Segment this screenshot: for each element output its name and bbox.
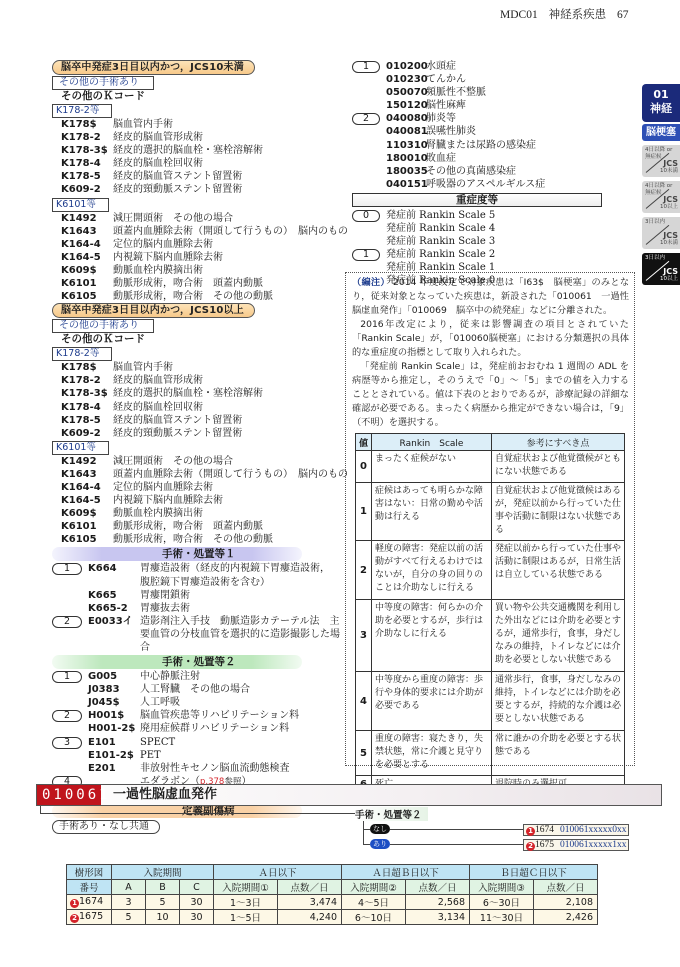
scale-value: 2 (356, 541, 372, 600)
procedure-code: K164-4 (61, 481, 113, 494)
table-row: 0まったく症候がない自覚症状および他覚徴候がともにない状態である (356, 451, 625, 483)
procedure-code: K1492 (61, 455, 113, 468)
code-row: K609-2経皮的頸動脈ステント留置術 (52, 183, 342, 196)
table-row: 3中等度の障害：何らかの介助を必要とするが，歩行は介助なしに行える買い物や公共交… (356, 600, 625, 672)
scale-ref: 自覚症状および他覚徴候がともにない状態である (492, 451, 625, 483)
procedure-code: K609-2 (61, 427, 113, 440)
code-row: K1492減圧開頭術 その他の場合 (52, 212, 342, 225)
procedure-desc: 頭蓋内血腫除去術（開頭して行うもの） 脳内のもの (113, 225, 348, 238)
procedure-row: E201非放射性キセノン脳血流動態検査 (52, 762, 342, 775)
surgery-label: その他の手術あり (52, 319, 154, 333)
comorbid-row: 150120脳性麻痺 (352, 99, 622, 112)
disease-code: 010230 (386, 73, 426, 86)
procedure-code: K178-5 (61, 414, 113, 427)
procedure-desc: 動脈形成術，吻合術 頭蓋内動脈 (113, 520, 263, 533)
note-paragraph: 2016年改定により，従来は影響調査の項目とされていた「Rankin Scale… (352, 318, 629, 360)
scale-value: 4 (356, 672, 372, 731)
points-2: 2,568 (406, 895, 470, 910)
scale-value: 1 (356, 483, 372, 541)
procedure-code: K178-2 (61, 374, 113, 387)
disease-name: てんかん (426, 73, 466, 86)
procedure-desc: 経皮的脳血管形成術 (113, 131, 203, 144)
option-badge: 1 (352, 61, 380, 73)
kcode-heading: その他のＫコード (52, 333, 342, 346)
procedure-desc: 動脈形成術，吻合術 その他の動脈 (113, 533, 273, 546)
mdc-code: MDC01 (500, 9, 538, 21)
scale-ref: 常に誰かの介助を必要とする状態である (492, 731, 625, 776)
scale-desc: 重度の障害：寝たきり，失禁状態，常に介護と見守りを必要とする (372, 731, 492, 776)
procedure-desc: SPECT (140, 736, 175, 749)
severity-desc: 発症前 Rankin Scale 3 (386, 235, 495, 248)
code-row: K609-2経皮的頸動脈ステント留置術 (52, 427, 342, 440)
procedure-desc: 経皮的脳血管ステント留置術 (113, 414, 242, 427)
procedure-desc: 脳血管疾患等リハビリテーション料 (140, 709, 299, 722)
procedure-code: K1492 (61, 212, 113, 225)
dpc-title-bar: 010061 一過性脳虚血発作 (36, 784, 662, 806)
code-row: K178-2経皮的脳血管形成術 (52, 131, 342, 144)
procedure-code: E101-2$ (88, 749, 140, 762)
severity-heading: 重症度等 (352, 193, 602, 207)
tree-number-icon: 1 (70, 899, 79, 908)
procedure-desc: 内視鏡下脳内血腫除去術 (113, 251, 223, 264)
disease-name: 頻脈性不整脈 (426, 86, 486, 99)
code-row: K178$脳血管内手術 (52, 118, 342, 131)
dpc-full-code: 010061xxxxx1xx (560, 840, 627, 850)
procedure-code: J0383 (88, 683, 140, 696)
procedure-desc: 胃瘻造設術（経皮的内視鏡下胃瘻造設術，腹腔鏡下胃瘻造設術を含む） (140, 562, 330, 588)
column-header: 点数／日 (278, 880, 342, 895)
procedure-desc: 動脈形成術，吻合術 頭蓋内動脈 (113, 277, 263, 290)
code-row: K1492減圧開頭術 その他の場合 (52, 455, 342, 468)
kcode-heading: その他のＫコード (52, 90, 342, 103)
disease-tab[interactable]: 脳梗塞 (642, 124, 680, 141)
tree-branch-label: 手術・処置等２ (355, 807, 428, 821)
procedures2-heading: 手術・処置等２ (52, 655, 302, 669)
chapter-tab[interactable]: 01 神経 (642, 84, 680, 122)
points-3: 2,426 (534, 910, 598, 925)
comorbid-row: 1010200水頭症 (352, 60, 622, 73)
procedure-desc: 中心静脈注射 (140, 670, 200, 683)
note-label: （編注） (352, 277, 390, 288)
procedure-desc: 動脈形成術，吻合術 その他の動脈 (113, 290, 273, 303)
procedure-code: K164-5 (61, 494, 113, 507)
tab-bottom-label: JCS10未満 (660, 160, 678, 175)
column-header: Ｂ日超Ｃ日以下 (470, 865, 598, 880)
disease-code: 050070 (386, 86, 426, 99)
tab-top-label: 3日以内 (645, 255, 675, 262)
procedure-desc: 頭蓋内血腫除去術（開頭して行うもの） 脳内のもの (113, 468, 348, 481)
condition-pill: 脳卒中発症3日目以内かつ，JCS10未満 (52, 60, 255, 75)
scale-ref: 自覚症状および他覚徴候はあるが，発症以前から行っていた仕事や活動に制限はない状態… (492, 483, 625, 541)
jcs-tab-4days-over10[interactable]: 4日以降 or 無症候 JCS10以上 (642, 181, 680, 213)
procedure-row: J0383人工腎臓 その他の場合 (52, 683, 342, 696)
option-badge: 1 (52, 563, 82, 575)
procedure-desc: 人工腎臓 その他の場合 (140, 683, 250, 696)
procedure-desc: 減圧開頭術 その他の場合 (113, 455, 233, 468)
code-group-label: K178-2等 (52, 347, 112, 361)
procedure-row: 2H001$脳血管疾患等リハビリテーション料 (52, 709, 342, 722)
scale-ref: 通常歩行，食事，身だしなみの維持，トイレなどには介助を必要とするが，持続的な介護… (492, 672, 625, 731)
code-group-label: K6101等 (52, 198, 109, 212)
code-list: K1492減圧開頭術 その他の場合 K1643頭蓋内血腫除去術（開頭して行うもの… (52, 455, 342, 547)
chapter-number: 01 (642, 88, 680, 102)
procedure-code: K665 (88, 589, 140, 602)
code-row: K609$動脈血栓内膜摘出術 (52, 507, 342, 520)
procedure-code: K178$ (61, 118, 113, 131)
procedure-code: E0033イ (88, 615, 140, 654)
comorbid-row: 180010敗血症 (352, 152, 622, 165)
column-header: Ａ日以下 (214, 865, 342, 880)
page-header: MDC01 神経系疾患 67 (500, 6, 636, 22)
mdc-category: 神経系疾患 (549, 9, 607, 21)
severity-row: 発症前 Rankin Scale 4 (352, 222, 622, 235)
procedure-code: E201 (88, 762, 140, 775)
comorbid-row: 010230てんかん (352, 73, 622, 86)
chapter-name: 神経 (642, 102, 680, 116)
procedure-desc: 内視鏡下脳内血腫除去術 (113, 494, 223, 507)
procedure-desc: 経皮的脳血栓回収術 (113, 157, 203, 170)
code-row: K6105動脈形成術，吻合術 その他の動脈 (52, 290, 342, 303)
column-header: B (146, 880, 180, 895)
column-header: 点数／日 (406, 880, 470, 895)
tree-result-box: 11674010061xxxxx0xx (523, 824, 629, 836)
period-c: 30 (180, 895, 214, 910)
code-row: K6105動脈形成術，吻合術 その他の動脈 (52, 533, 342, 546)
procedure-code: K1643 (61, 468, 113, 481)
tree-number-cell: 21675 (67, 910, 112, 925)
code-row: K178-4経皮的脳血栓回収術 (52, 401, 342, 414)
procedure-row: K665胃瘻閉鎖術 (52, 589, 342, 602)
period-2: 4～5日 (342, 895, 406, 910)
disease-name: 腎臓または尿路の感染症 (426, 139, 536, 152)
procedure-row: 1K664胃瘻造設術（経皮的内視鏡下胃瘻造設術，腹腔鏡下胃瘻造設術を含む） (52, 562, 342, 588)
column-header: 値 (356, 434, 372, 451)
severity-desc: 発症前 Rankin Scale 2 (386, 248, 495, 261)
disease-code: 010200 (386, 60, 426, 73)
disease-code: 150120 (386, 99, 426, 112)
scale-ref: 発症以前から行っていた仕事や活動に制限はあるが，日常生活は自立している状態である (492, 541, 625, 600)
procedure-desc: 動脈血栓内膜摘出術 (113, 507, 203, 520)
procedure-row: 3E101SPECT (52, 736, 342, 749)
points-2: 3,134 (406, 910, 470, 925)
column-header: 入院期間③ (470, 880, 534, 895)
procedure-code: K664 (88, 562, 140, 588)
procedure-row: 1G005中心静脈注射 (52, 670, 342, 683)
option-badge: 2 (352, 113, 380, 125)
disease-name: 誤嚥性肺炎 (426, 125, 476, 138)
table-subheader-row: 番号 A B C 入院期間① 点数／日 入院期間② 点数／日 入院期間③ 点数／… (67, 880, 598, 895)
procedure-desc: 脳血管内手術 (113, 118, 173, 131)
code-row: K6101動脈形成術，吻合術 頭蓋内動脈 (52, 277, 342, 290)
column-header: 参考にすべき点 (492, 434, 625, 451)
common-pill: 手術あり・なし共通 (52, 820, 160, 834)
points-1: 3,474 (278, 895, 342, 910)
code-row: K178-2経皮的脳血管形成術 (52, 374, 342, 387)
points-table: 樹形図 入院期間 Ａ日以下 Ａ日超Ｂ日以下 Ｂ日超Ｃ日以下 番号 A B C 入… (66, 864, 598, 925)
period-2: 6～10日 (342, 910, 406, 925)
branch-pill-yes: あり (370, 839, 390, 849)
tree-result-box: 21675010061xxxxx1xx (523, 839, 629, 851)
tab-bottom-label: JCS10以上 (660, 268, 678, 283)
column-header: Ａ日超Ｂ日以下 (342, 865, 470, 880)
procedure-desc: 経皮的脳血管ステント留置術 (113, 170, 242, 183)
note-paragraph: 「発症前 Rankin Scale」は，発症前おおむね 1 週間の ADL を病… (352, 360, 629, 430)
option-badge: 1 (52, 671, 82, 683)
right-column: 1010200水頭症 010230てんかん 050070頻脈性不整脈 15012… (352, 60, 622, 288)
disease-name: 肺炎等 (426, 112, 456, 125)
dpc-name: 一過性脳虚血発作 (101, 785, 217, 805)
tab-top-label: 3日以内 (645, 219, 675, 226)
code-row: K164-4定位的脳内血腫除去術 (52, 481, 342, 494)
code-row: K178$脳血管内手術 (52, 361, 342, 374)
procedure-desc: 定位的脳内血腫除去術 (113, 481, 213, 494)
points-1: 4,240 (278, 910, 342, 925)
procedure-desc: 経皮的頸動脈ステント留置術 (113, 427, 242, 440)
tree-number-icon: 2 (70, 914, 79, 923)
option-badge: 0 (352, 210, 380, 222)
procedure-code: K178-4 (61, 157, 113, 170)
procedure-code: G005 (88, 670, 140, 683)
period-a: 3 (112, 895, 146, 910)
procedure-desc: 脳血管内手術 (113, 361, 173, 374)
procedure-desc: 経皮的脳血栓回収術 (113, 401, 203, 414)
scale-ref: 買い物や公共交通機関を利用した外出などには介助を必要とするが，通常歩行，食事，身… (492, 600, 625, 672)
procedure-row: H001-2$廃用症候群リハビリテーション料 (52, 722, 342, 735)
procedure-code: K609-2 (61, 183, 113, 196)
comorbid-row: 050070頻脈性不整脈 (352, 86, 622, 99)
code-list: K178$脳血管内手術 K178-2経皮的脳血管形成術 K178-3$経皮的選択… (52, 118, 342, 197)
period-b: 5 (146, 895, 180, 910)
procedure-desc: 経皮的脳血管形成術 (113, 374, 203, 387)
code-row: K178-3$経皮的選択的脳血栓・塞栓溶解術 (52, 144, 342, 157)
tree-number-icon: 2 (526, 842, 535, 851)
column-header: A (112, 880, 146, 895)
column-header: 樹形図 (67, 865, 112, 880)
column-header: 入院期間② (342, 880, 406, 895)
tree-id: 1675 (535, 840, 554, 850)
procedure-code: K665-2 (88, 602, 140, 615)
code-row: K164-5内視鏡下脳内血腫除去術 (52, 494, 342, 507)
disease-code: 180010 (386, 152, 426, 165)
code-row: K178-5経皮的脳血管ステント留置術 (52, 170, 342, 183)
severity-row: 0発症前 Rankin Scale 5 (352, 209, 622, 222)
scale-value: 5 (356, 731, 372, 776)
procedure-code: K178-2 (61, 131, 113, 144)
dpc-full-code: 010061xxxxx0xx (560, 825, 627, 835)
table-row: 2軽度の障害：発症以前の活動がすべて行えるわけではないが，自分の身の回りのことは… (356, 541, 625, 600)
procedure-code: K6105 (61, 290, 113, 303)
table-row: 11674 3 5 30 1～3日 3,474 4～5日 2,568 6～30日… (67, 895, 598, 910)
tree-number-icon: 1 (526, 827, 535, 836)
procedure-row: K665-2胃瘻抜去術 (52, 602, 342, 615)
column-header: 点数／日 (534, 880, 598, 895)
procedure-code: K178-3$ (61, 387, 113, 400)
code-group-label: K178-2等 (52, 104, 112, 118)
procedure-desc: 経皮的選択的脳血栓・塞栓溶解術 (113, 144, 263, 157)
severity-desc: 発症前 Rankin Scale 5 (386, 209, 495, 222)
column-header: Rankin Scale (372, 434, 492, 451)
severity-row: 発症前 Rankin Scale 3 (352, 235, 622, 248)
scale-desc: 症候はあっても明らかな障害はない：日常の勤めや活動は行える (372, 483, 492, 541)
procedure-row: 2E0033イ造影剤注入手技 動脈造影カテーテル法 主要血管の分枝血管を選択的に… (52, 615, 342, 654)
code-row: K6101動脈形成術，吻合術 頭蓋内動脈 (52, 520, 342, 533)
procedure-code: K164-5 (61, 251, 113, 264)
code-row: K178-4経皮的脳血栓回収術 (52, 157, 342, 170)
procedure-code: K178-5 (61, 170, 113, 183)
page-number: 67 (617, 9, 629, 21)
disease-name: 呼吸器のアスペルギルス症 (426, 178, 545, 191)
procedure-code: K6105 (61, 533, 113, 546)
table-row: 21675 5 10 30 1～5日 4,240 6～10日 3,134 11～… (67, 910, 598, 925)
option-badge: 1 (352, 249, 380, 261)
period-3: 6～30日 (470, 895, 534, 910)
surgery-label: その他の手術あり (52, 76, 154, 90)
period-a: 5 (112, 910, 146, 925)
procedure-code: H001$ (88, 709, 140, 722)
procedure-code: K6101 (61, 277, 113, 290)
option-badge: 3 (52, 737, 82, 749)
procedure-row: E101-2$PET (52, 749, 342, 762)
procedure-code: K164-4 (61, 238, 113, 251)
rankin-scale-table: 値 Rankin Scale 参考にすべき点 0まったく症候がない自覚症状および… (355, 433, 625, 794)
comorbid-row: 110310腎臓または尿路の感染症 (352, 139, 622, 152)
scale-desc: 中等度の障害：何らかの介助を必要とするが，歩行は介助なしに行える (372, 600, 492, 672)
code-row: K164-4定位的脳内血腫除去術 (52, 238, 342, 251)
disease-name: 水頭症 (426, 60, 456, 73)
table-row: 4中等度から重度の障害：歩行や身体的要求には介助が必要である通常歩行，食事，身だ… (356, 672, 625, 731)
procedure-code: K178-3$ (61, 144, 113, 157)
procedure-code: K609$ (61, 507, 113, 520)
scale-desc: 軽度の障害：発症以前の活動がすべて行えるわけではないが，自分の身の回りのことは介… (372, 541, 492, 600)
table-row: 5重度の障害：寝たきり，失禁状態，常に介護と見守りを必要とする常に誰かの介助を必… (356, 731, 625, 776)
period-1: 1～3日 (214, 895, 278, 910)
severity-desc: 発症前 Rankin Scale 4 (386, 222, 495, 235)
note-paragraph: 2014 年度改定で対象疾患は「I63$ 脳梗塞」のみとなり，従来対象となってい… (352, 277, 629, 316)
disease-name: 脳性麻痺 (426, 99, 466, 112)
procedure-code: J045$ (88, 696, 140, 709)
dpc-code: 010061 (37, 785, 101, 805)
scale-value: 0 (356, 451, 372, 483)
disease-code: 040081 (386, 125, 426, 138)
comorbid-row: 040081誤嚥性肺炎 (352, 125, 622, 138)
comorbid-row: 180035その他の真菌感染症 (352, 165, 622, 178)
comorbid-row: 040151呼吸器のアスペルギルス症 (352, 178, 622, 191)
disease-code: 180035 (386, 165, 426, 178)
period-1: 1～5日 (214, 910, 278, 925)
period-3: 11～30日 (470, 910, 534, 925)
table-header-row: 値 Rankin Scale 参考にすべき点 (356, 434, 625, 451)
jcs-tab-4days-under10[interactable]: 4日以降 or 無症候 JCS10未満 (642, 145, 680, 177)
procedure-desc: 胃瘻閉鎖術 (140, 589, 190, 602)
procedure-desc: 人工呼吸 (140, 696, 180, 709)
procedure-code: K178-4 (61, 401, 113, 414)
procedure-desc: 造影剤注入手技 動脈造影カテーテル法 主要血管の分枝血管を選択的に造影撮影した場… (140, 615, 340, 654)
jcs-tab-3days-over10-active[interactable]: 3日以内 JCS10以上 (642, 253, 680, 285)
editor-note-text: （編注） 2014 年度改定で対象疾患は「I63$ 脳梗塞」のみとなり，従来対象… (352, 276, 629, 430)
table-header-row: 樹形図 入院期間 Ａ日以下 Ａ日超Ｂ日以下 Ｂ日超Ｃ日以下 (67, 865, 598, 880)
code-row: K1643頭蓋内血腫除去術（開頭して行うもの） 脳内のもの (52, 225, 342, 238)
procedure-desc: 胃瘻抜去術 (140, 602, 190, 615)
procedure-desc: 非放射性キセノン脳血流動態検査 (140, 762, 290, 775)
comorbidity-heading: 定義副傷病 (52, 804, 302, 818)
procedures1-heading: 手術・処置等１ (52, 547, 302, 561)
tab-bottom-label: JCS10以上 (660, 196, 678, 211)
code-group-label: K6101等 (52, 441, 109, 455)
branch-pill-none: なし (370, 824, 390, 834)
severity-row: 1発症前 Rankin Scale 2 (352, 248, 622, 261)
procedure-desc: PET (140, 749, 161, 762)
procedure-code: K1643 (61, 225, 113, 238)
tab-bottom-label: JCS10未満 (660, 232, 678, 247)
procedure-desc: 定位的脳内血腫除去術 (113, 238, 213, 251)
code-row: K178-5経皮的脳血管ステント留置術 (52, 414, 342, 427)
disease-code: 110310 (386, 139, 426, 152)
points-3: 2,108 (534, 895, 598, 910)
procedure-code: K6101 (61, 520, 113, 533)
column-header: 番号 (67, 880, 112, 895)
procedure-desc: 経皮的選択的脳血栓・塞栓溶解術 (113, 387, 263, 400)
disease-name: その他の真菌感染症 (426, 165, 516, 178)
editor-note-box: （編注） 2014 年度改定で対象疾患は「I63$ 脳梗塞」のみとなり，従来対象… (345, 272, 635, 766)
jcs-tab-3days-under10[interactable]: 3日以内 JCS10未満 (642, 217, 680, 249)
disease-code: 040080 (386, 112, 426, 125)
option-badge: 2 (52, 616, 82, 628)
procedure-desc: 減圧開頭術 その他の場合 (113, 212, 233, 225)
procedure-code: E101 (88, 736, 140, 749)
column-header: C (180, 880, 214, 895)
code-row: K178-3$経皮的選択的脳血栓・塞栓溶解術 (52, 387, 342, 400)
table-row: 1症候はあっても明らかな障害はない：日常の勤めや活動は行える自覚症状および他覚徴… (356, 483, 625, 541)
period-b: 10 (146, 910, 180, 925)
procedure-desc: 廃用症候群リハビリテーション料 (140, 722, 289, 735)
scale-desc: 中等度から重度の障害：歩行や身体的要求には介助が必要である (372, 672, 492, 731)
procedure-desc: 経皮的頸動脈ステント留置術 (113, 183, 242, 196)
tree-number-cell: 11674 (67, 895, 112, 910)
option-badge: 2 (52, 710, 82, 722)
left-column: 脳卒中発症3日目以内かつ，JCS10未満 その他の手術あり その他のＫコード K… (52, 60, 342, 834)
scale-value: 3 (356, 600, 372, 672)
procedure-code: K178$ (61, 361, 113, 374)
code-row: K1643頭蓋内血腫除去術（開頭して行うもの） 脳内のもの (52, 468, 342, 481)
code-list: K178$脳血管内手術 K178-2経皮的脳血管形成術 K178-3$経皮的選択… (52, 361, 342, 440)
period-c: 30 (180, 910, 214, 925)
column-header: 入院期間 (112, 865, 214, 880)
disease-name: 敗血症 (426, 152, 456, 165)
condition-pill: 脳卒中発症3日目以内かつ，JCS10以上 (52, 303, 255, 318)
disease-code: 040151 (386, 178, 426, 191)
procedure-row: J045$人工呼吸 (52, 696, 342, 709)
code-row: K164-5内視鏡下脳内血腫除去術 (52, 251, 342, 264)
code-list: K1492減圧開頭術 その他の場合 K1643頭蓋内血腫除去術（開頭して行うもの… (52, 212, 342, 304)
procedure-code: K609$ (61, 264, 113, 277)
comorbid-row: 2040080肺炎等 (352, 112, 622, 125)
code-row: K609$動脈血栓内膜摘出術 (52, 264, 342, 277)
procedure-code: H001-2$ (88, 722, 140, 735)
column-header: 入院期間① (214, 880, 278, 895)
tree-id: 1674 (535, 825, 554, 835)
scale-desc: まったく症候がない (372, 451, 492, 483)
procedure-desc: 動脈血栓内膜摘出術 (113, 264, 203, 277)
